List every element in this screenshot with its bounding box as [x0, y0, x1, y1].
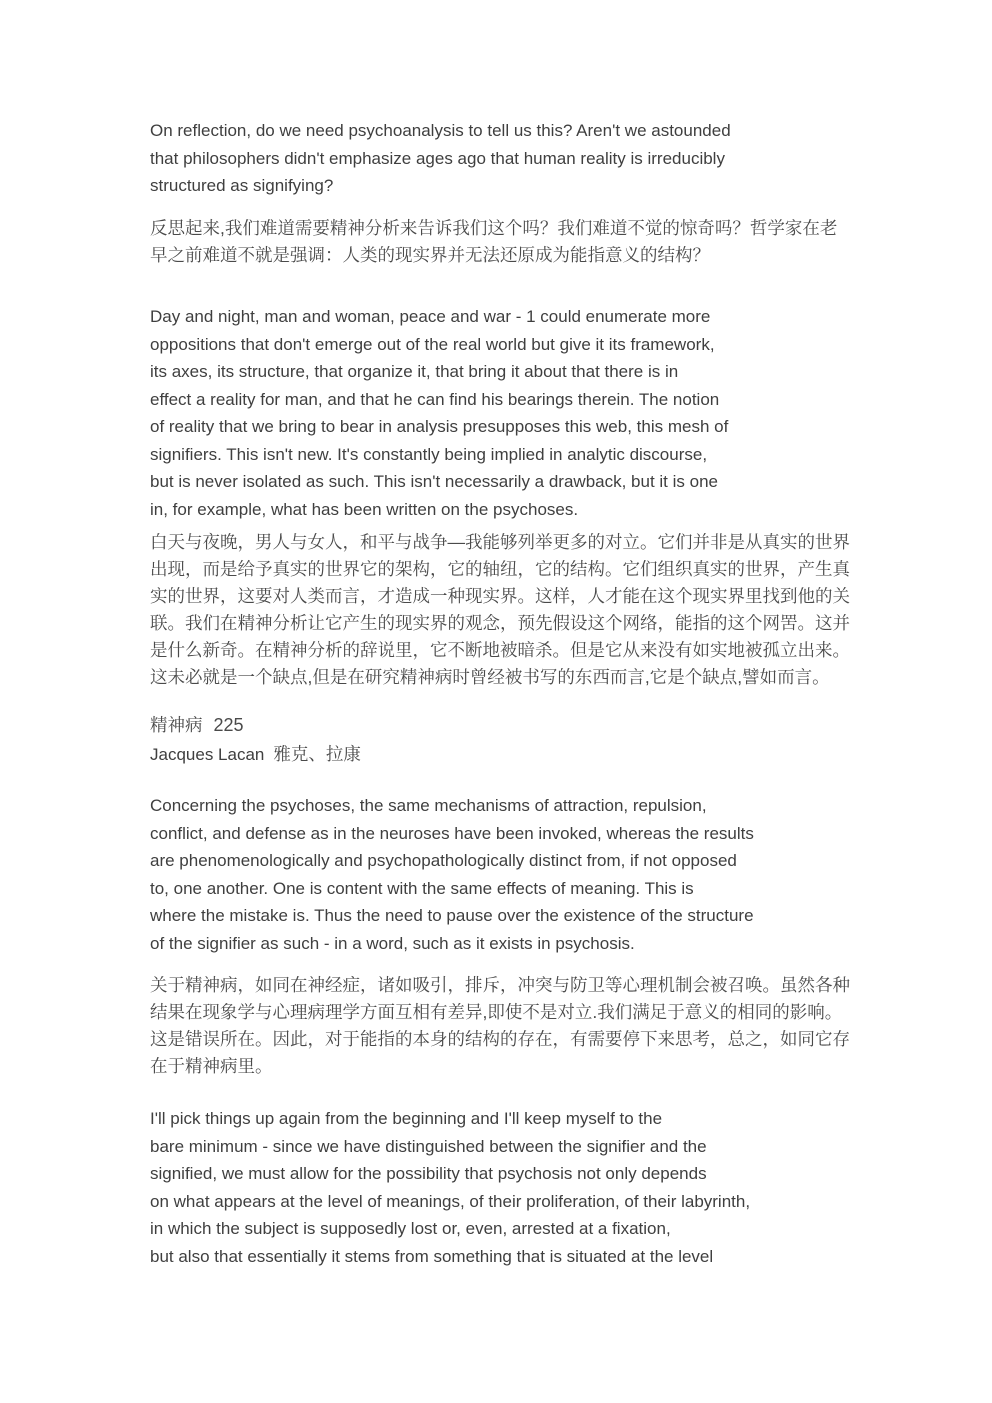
text-line: Day and night, man and woman, peace and …	[150, 303, 728, 331]
paragraph-english-4: I'll pick things up again from the begin…	[150, 1105, 750, 1270]
paragraph-english-2: Day and night, man and woman, peace and …	[150, 303, 728, 523]
author-line: Jacques Lacan雅克、拉康	[150, 741, 361, 770]
document-page: On reflection, do we need psychoanalysis…	[0, 0, 992, 1403]
text-line: 实的世界，这要对人类而言，才造成一种现实界。这样，人才能在这个现实界里找到他的关	[150, 583, 850, 610]
text-line: 这未必就是一个缺点,但是在研究精神病时曾经被书写的东西而言,它是个缺点,譬如而言…	[150, 664, 850, 691]
paragraph-chinese-3: 关于精神病，如同在神经症，诸如吸引，排斥，冲突与防卫等心理机制会被召唤。虽然各种…	[150, 972, 850, 1080]
chapter-title-line: 精神病225	[150, 711, 361, 741]
text-line: effect a reality for man, and that he ca…	[150, 386, 728, 414]
text-line: conflict, and defense as in the neuroses…	[150, 820, 754, 848]
text-line: I'll pick things up again from the begin…	[150, 1105, 750, 1133]
paragraph-chinese-2: 白天与夜晚，男人与女人，和平与战争—我能够列举更多的对立。它们并非是从真实的世界…	[150, 529, 850, 691]
page-number: 225	[214, 715, 244, 735]
paragraph-english-1: On reflection, do we need psychoanalysis…	[150, 117, 731, 200]
text-line: signified, we must allow for the possibi…	[150, 1160, 750, 1188]
text-line: in, for example, what has been written o…	[150, 496, 728, 524]
paragraph-chinese-1: 反思起来,我们难道需要精神分析来告诉我们这个吗？我们难道不觉的惊奇吗？哲学家在老…	[150, 215, 837, 269]
text-line: its axes, its structure, that organize i…	[150, 358, 728, 386]
text-line: On reflection, do we need psychoanalysis…	[150, 117, 731, 145]
text-line: Concerning the psychoses, the same mecha…	[150, 792, 754, 820]
text-line: of the signifier as such - in a word, su…	[150, 930, 754, 958]
text-line: signifiers. This isn't new. It's constan…	[150, 441, 728, 469]
text-line: of reality that we bring to bear in anal…	[150, 413, 728, 441]
text-line: are phenomenologically and psychopatholo…	[150, 847, 754, 875]
text-line: but also that essentially it stems from …	[150, 1243, 750, 1271]
text-line: 出现，而是给予真实的世界它的架构，它的轴纽，它的结构。它们组织真实的世界，产生真	[150, 556, 850, 583]
text-line: in which the subject is supposedly lost …	[150, 1215, 750, 1243]
paragraph-english-3: Concerning the psychoses, the same mecha…	[150, 792, 754, 957]
text-line: 联。我们在精神分析让它产生的现实界的观念，预先假设这个网络，能指的这个网罟。这并	[150, 610, 850, 637]
text-line: bare minimum - since we have distinguish…	[150, 1133, 750, 1161]
text-line: 是什么新奇。在精神分析的辞说里，它不断地被暗杀。但是它从来没有如实地被孤立出来。	[150, 637, 850, 664]
text-line: 白天与夜晚，男人与女人，和平与战争—我能够列举更多的对立。它们并非是从真实的世界	[150, 529, 850, 556]
author-name-latin: Jacques Lacan	[150, 745, 264, 764]
text-line: on what appears at the level of meanings…	[150, 1188, 750, 1216]
text-line: where the mistake is. Thus the need to p…	[150, 902, 754, 930]
text-line: 在于精神病里。	[150, 1053, 850, 1080]
text-line: 结果在现象学与心理病理学方面互相有差异,即使不是对立.我们满足于意义的相同的影响…	[150, 999, 850, 1026]
text-line: 这是错误所在。因此，对于能指的本身的结构的存在，有需要停下来思考，总之，如同它存	[150, 1026, 850, 1053]
chapter-title: 精神病	[150, 715, 203, 735]
text-line: structured as signifying?	[150, 172, 731, 200]
text-line: 关于精神病，如同在神经症，诸如吸引，排斥，冲突与防卫等心理机制会被召唤。虽然各种	[150, 972, 850, 999]
text-line: 反思起来,我们难道需要精神分析来告诉我们这个吗？我们难道不觉的惊奇吗？哲学家在老	[150, 215, 837, 242]
text-line: 早之前难道不就是强调：人类的现实界并无法还原成为能指意义的结构？	[150, 242, 837, 269]
section-heading: 精神病225 Jacques Lacan雅克、拉康	[150, 711, 361, 770]
text-line: to, one another. One is content with the…	[150, 875, 754, 903]
text-line: oppositions that don't emerge out of the…	[150, 331, 728, 359]
author-name-chinese: 雅克、拉康	[273, 744, 361, 764]
text-line: but is never isolated as such. This isn'…	[150, 468, 728, 496]
text-line: that philosophers didn't emphasize ages …	[150, 145, 731, 173]
